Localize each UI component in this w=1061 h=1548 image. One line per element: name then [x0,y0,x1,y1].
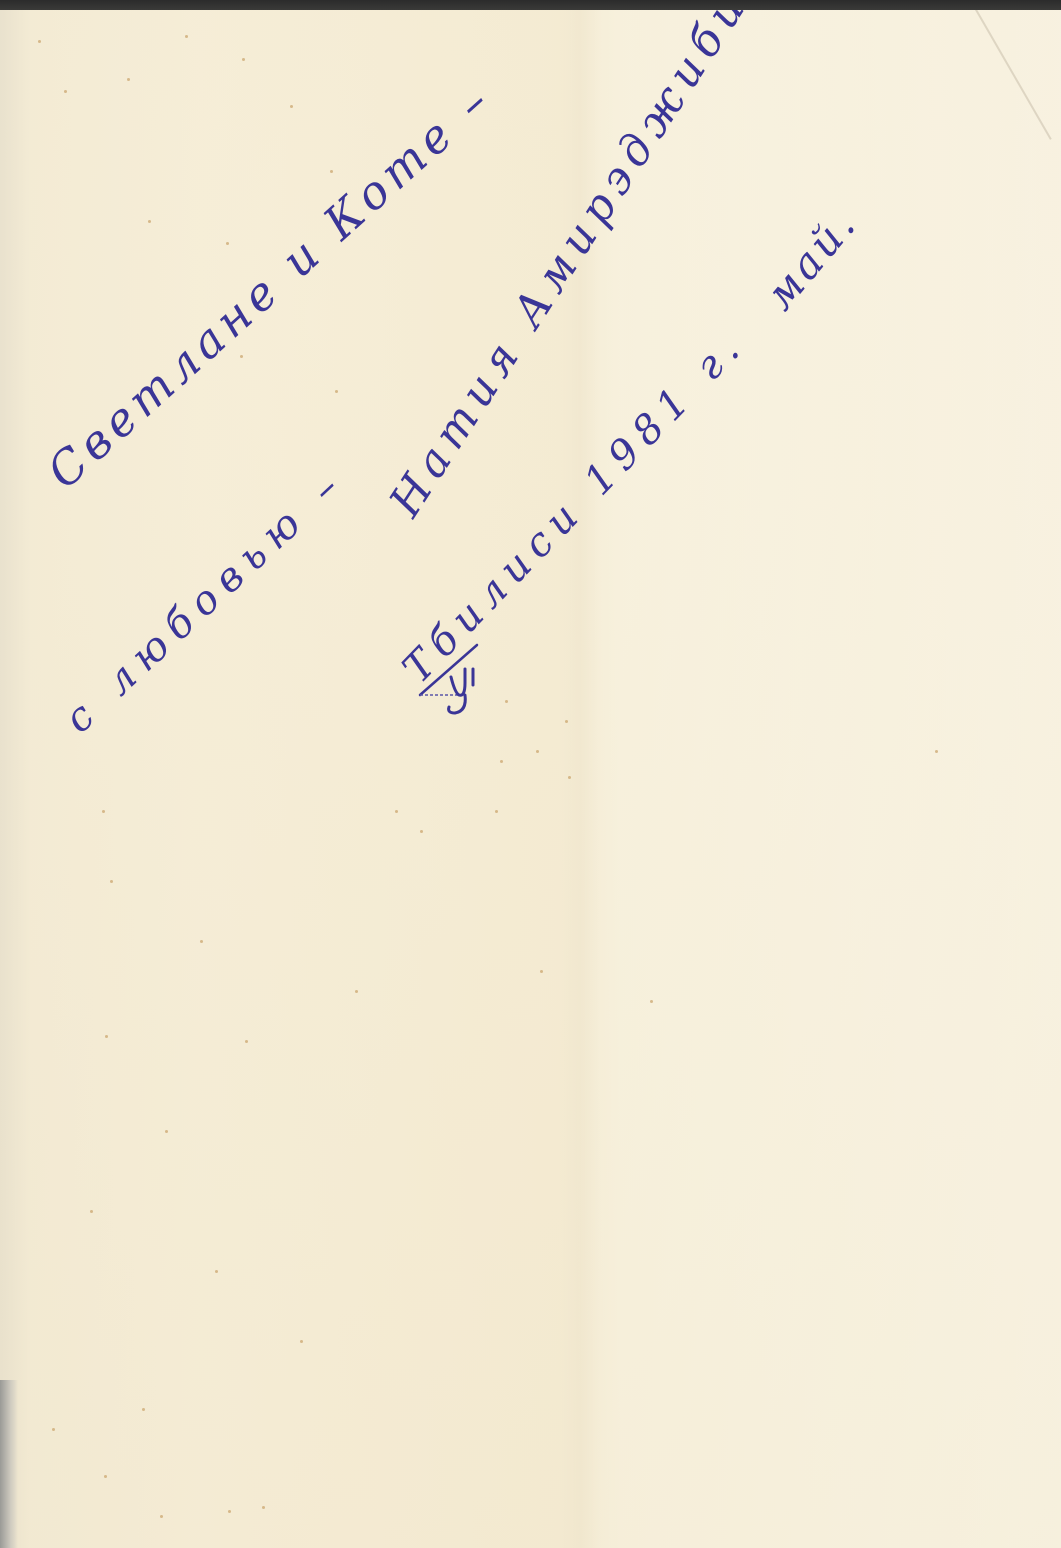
foxing-spot [226,242,229,245]
foxing-spot [300,1340,303,1343]
foxing-spot [262,1506,265,1509]
scan-top-edge [0,0,1061,10]
foxing-spot [165,1130,168,1133]
foxing-spot [495,810,498,813]
foxing-spot [935,750,938,753]
paper-crease [975,10,1052,140]
foxing-spot [102,810,105,813]
foxing-spot [395,810,398,813]
foxing-spot [142,1408,145,1411]
foxing-spot [38,40,41,43]
foxing-spot [540,970,543,973]
foxing-spot [200,940,203,943]
foxing-spot [500,760,503,763]
foxing-spot [185,35,188,38]
signature-flourish-icon [415,625,535,715]
foxing-spot [104,1475,107,1478]
scan-left-shadow [0,1380,18,1548]
foxing-spot [242,58,245,61]
foxing-spot [536,750,539,753]
foxing-spot [240,355,243,358]
foxing-spot [64,90,67,93]
foxing-spot [110,880,113,883]
foxing-spot [148,220,151,223]
foxing-spot [420,830,423,833]
foxing-spot [650,1000,653,1003]
foxing-spot [290,105,293,108]
dedication-with-love: с любовью – [58,460,354,740]
foxing-spot [160,1515,163,1518]
foxing-spot [568,776,571,779]
foxing-spot [215,1270,218,1273]
foxing-spot [330,170,333,173]
foxing-spot [335,390,338,393]
foxing-spot [228,1510,231,1513]
foxing-spot [127,78,130,81]
month: май. [758,201,865,317]
foxing-spot [105,1035,108,1038]
foxing-spot [245,1040,248,1043]
foxing-spot [565,720,568,723]
paper-page: Светлане и Коте – с любовью – Натия Амир… [0,10,1061,1548]
foxing-spot [355,990,358,993]
foxing-spot [90,1210,93,1213]
foxing-spot [52,1428,55,1431]
